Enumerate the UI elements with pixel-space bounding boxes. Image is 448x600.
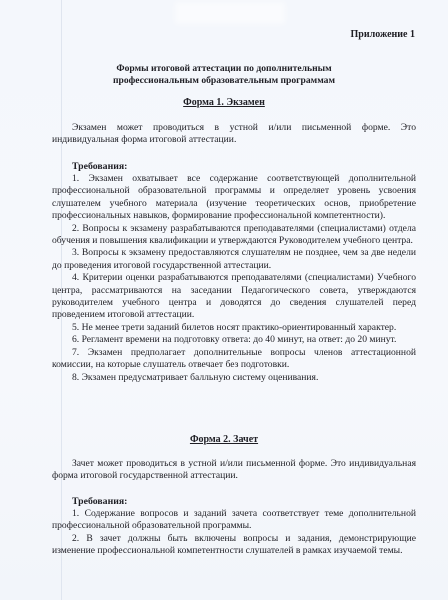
form2-item-2: 2. В зачет должны быть включены вопросы … <box>52 533 416 558</box>
title-line-2: профессиональным образовательным програм… <box>0 75 448 87</box>
document-page: Приложение 1 Формы итоговой аттестации п… <box>0 0 448 600</box>
form1-item-2: 2. Вопросы к экзамену разрабатываются пр… <box>52 223 416 248</box>
form1-item-4: 4. Критерии оценки разрабатываются препо… <box>52 272 416 322</box>
form2-heading: Форма 2. Зачет <box>0 434 448 445</box>
document-title: Формы итоговой аттестации по дополнитель… <box>0 63 448 87</box>
form2-item-1: 1. Содержание вопросов и заданий зачета … <box>52 508 416 533</box>
form1-intro: Экзамен может проводиться в устной и/или… <box>52 122 416 147</box>
form1-item-1: 1. Экзамен охватывает все содержание соо… <box>52 173 416 223</box>
form1-item-5: 5. Не менее трети заданий билетов носят … <box>52 322 416 334</box>
form2-requirements-title: Требования: <box>72 496 127 507</box>
form1-item-6: 6. Регламент времени на подготовку ответ… <box>52 334 416 346</box>
form2-intro-text: Зачет может проводиться в устной и/или п… <box>52 458 416 483</box>
form2-requirements-list: 1. Содержание вопросов и заданий зачета … <box>52 508 416 558</box>
form1-item-7: 7. Экзамен предполагает дополнительные в… <box>52 347 416 372</box>
form1-requirements-list: 1. Экзамен охватывает все содержание соо… <box>52 173 416 384</box>
faded-stamp <box>175 2 285 24</box>
form1-item-8: 8. Экзамен предусматривает балльную сист… <box>52 372 416 384</box>
form1-item-3: 3. Вопросы к экзамену предоставляются сл… <box>52 247 416 272</box>
appendix-label: Приложение 1 <box>351 29 415 40</box>
form2-intro: Зачет может проводиться в устной и/или п… <box>52 458 416 483</box>
form1-heading: Форма 1. Экзамен <box>0 97 448 108</box>
form1-requirements-title: Требования: <box>72 161 127 172</box>
form1-intro-text: Экзамен может проводиться в устной и/или… <box>52 122 416 147</box>
title-line-1: Формы итоговой аттестации по дополнитель… <box>0 63 448 75</box>
